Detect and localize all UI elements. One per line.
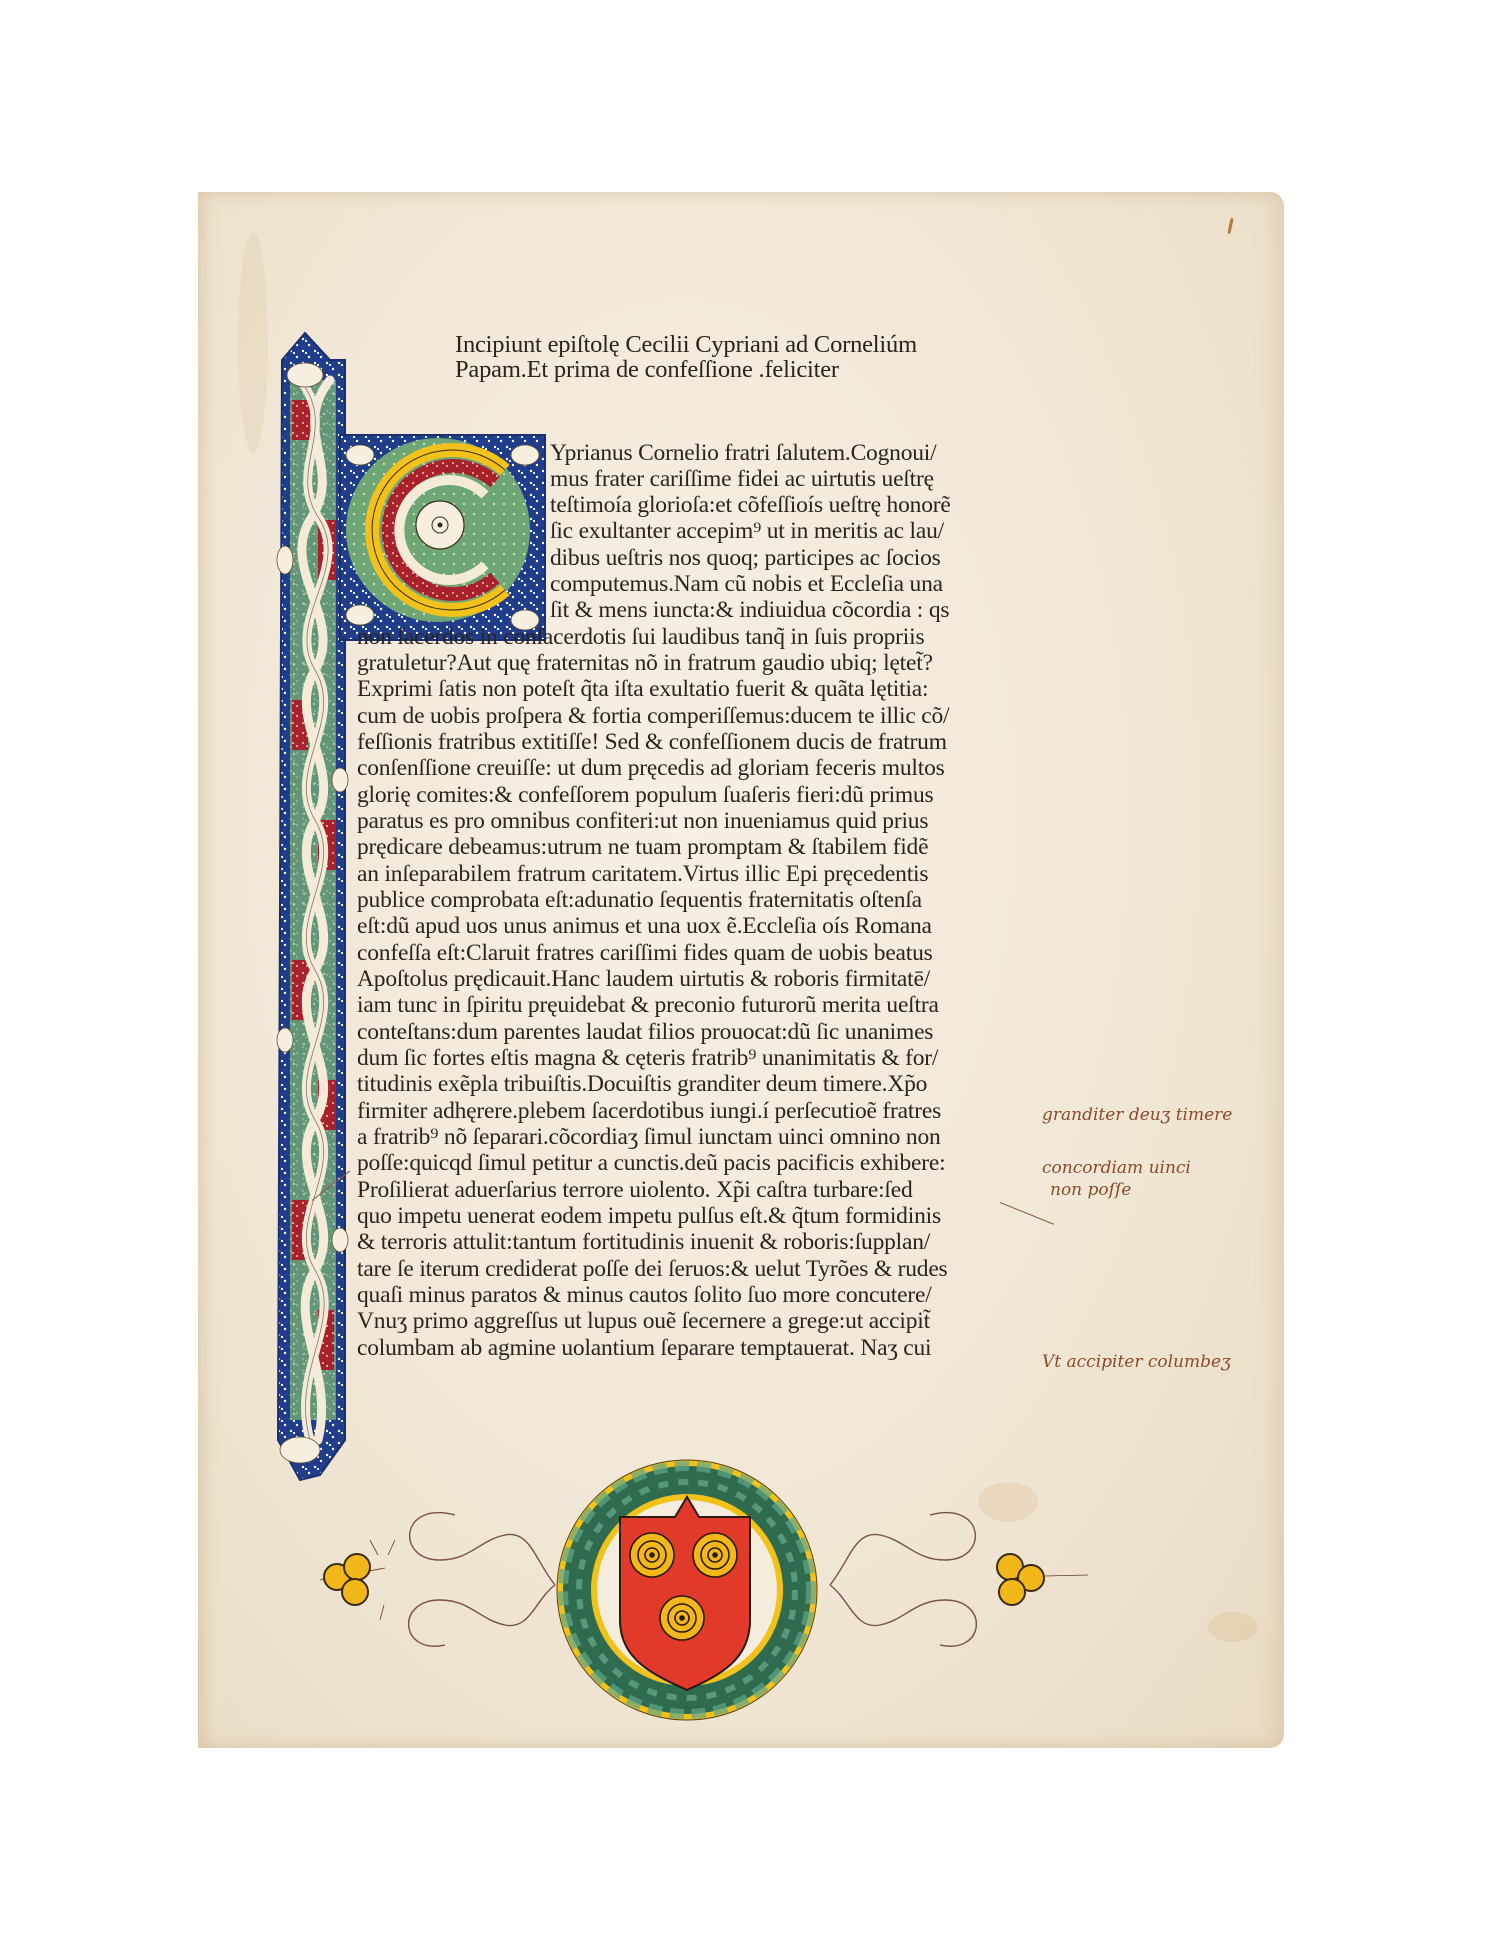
- ribbon-flourish-left: [409, 1513, 555, 1647]
- coat-of-arms-medallion: [0, 0, 1492, 1950]
- ribbon-flourish-right: [830, 1513, 976, 1647]
- gold-trefoil-right: [997, 1554, 1088, 1605]
- red-shield: [620, 1497, 750, 1690]
- gold-trefoil-left: [320, 1540, 395, 1620]
